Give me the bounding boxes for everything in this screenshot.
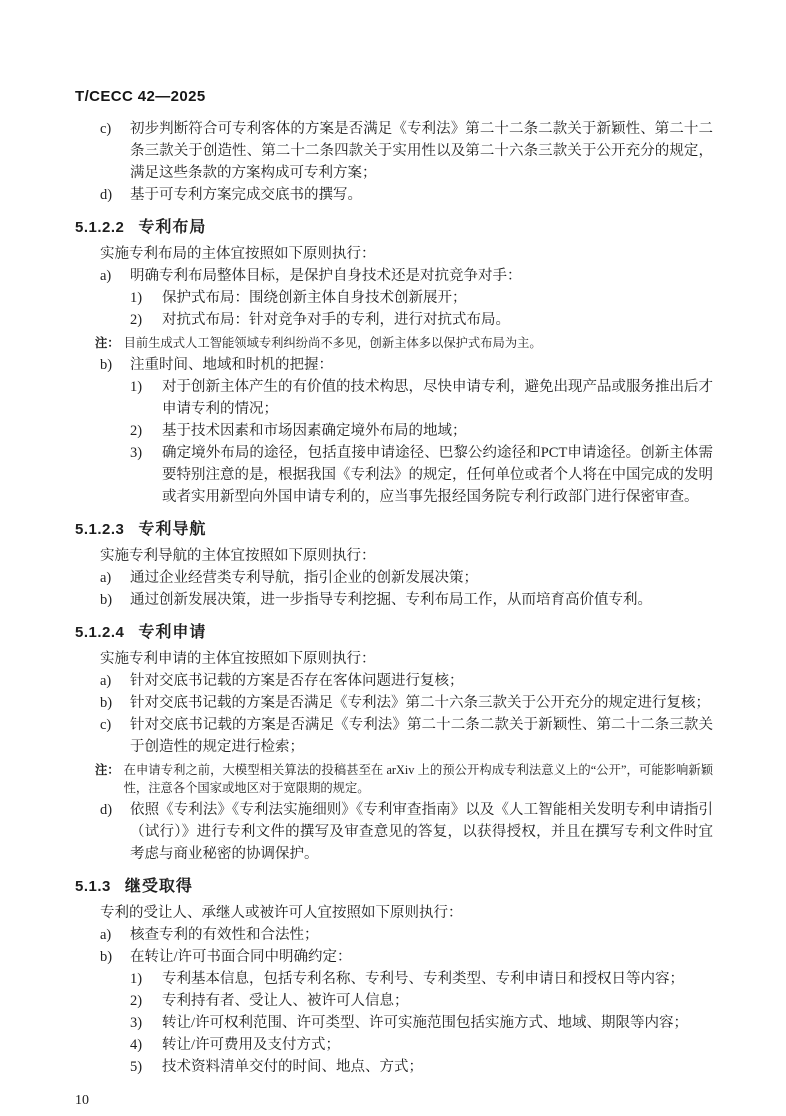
- clause-text: 依照《专利法》《专利法实施细则》《专利审查指南》以及《人工智能相关发明专利申请指…: [130, 799, 713, 865]
- clause-label: b): [100, 354, 130, 376]
- note-text: 目前生成式人工智能领域专利纠纷尚不多见，创新主体多以保护式布局为主。: [124, 334, 713, 352]
- sub-clause-item: 3) 确定境外布局的途径，包括直接申请途径、巴黎公约途径和PCT申请途径。创新主…: [75, 442, 713, 508]
- sub-clause-text: 保护式布局：围绕创新主体自身技术创新展开；: [162, 287, 713, 309]
- clause-text: 针对交底书记载的方案是否满足《专利法》第二十二条二款关于新颖性、第二十二条三款关…: [130, 714, 713, 758]
- sub-clause-label: 4): [130, 1034, 162, 1056]
- sub-clause-text: 基于技术因素和市场因素确定境外布局的地域；: [162, 420, 713, 442]
- sub-clause-label: 2): [130, 420, 162, 442]
- note: 注： 在申请专利之前，大模型相关算法的投稿甚至在 arXiv 上的预公开构成专利…: [75, 761, 713, 797]
- section-title: 专利导航: [138, 516, 206, 539]
- clause-item: a) 通过企业经营类专利导航，指引企业的创新发展决策；: [75, 567, 713, 589]
- clause-text: 通过企业经营类专利导航，指引企业的创新发展决策；: [130, 567, 713, 589]
- clause-text: 初步判断符合可专利客体的方案是否满足《专利法》第二十二条二款关于新颖性、第二十二…: [130, 118, 713, 184]
- clause-label: c): [100, 714, 130, 758]
- clause-item: c) 针对交底书记载的方案是否满足《专利法》第二十二条二款关于新颖性、第二十二条…: [75, 714, 713, 758]
- sub-clause-text: 对抗式布局：针对竞争对手的专利，进行对抗式布局。: [162, 309, 713, 331]
- sub-clause-label: 1): [130, 376, 162, 420]
- section-heading: 5.1.2.2 专利布局: [75, 214, 713, 237]
- page-number: 10: [75, 1092, 713, 1110]
- sub-clause-item: 4) 转让/许可费用及支付方式；: [75, 1034, 713, 1056]
- section-title: 专利布局: [138, 214, 206, 237]
- standard-number-header: T/CECC 42—2025: [75, 88, 713, 106]
- paragraph: 实施专利布局的主体宜按照如下原则执行：: [75, 243, 713, 265]
- clause-item: b) 通过创新发展决策，进一步指导专利挖掘、专利布局工作，从而培育高价值专利。: [75, 589, 713, 611]
- clause-text: 明确专利布局整体目标，是保护自身技术还是对抗竞争对手：: [130, 265, 713, 287]
- clause-label: b): [100, 946, 130, 968]
- section-number: 5.1.2.3: [75, 521, 124, 538]
- sub-clause-label: 1): [130, 287, 162, 309]
- section-heading: 5.1.2.3 专利导航: [75, 516, 713, 539]
- clause-item: d) 基于可专利方案完成交底书的撰写。: [75, 184, 713, 206]
- sub-clause-item: 2) 基于技术因素和市场因素确定境外布局的地域；: [75, 420, 713, 442]
- clause-item: a) 明确专利布局整体目标，是保护自身技术还是对抗竞争对手：: [75, 265, 713, 287]
- clause-label: a): [100, 567, 130, 589]
- clause-label: a): [100, 265, 130, 287]
- note-text: 在申请专利之前，大模型相关算法的投稿甚至在 arXiv 上的预公开构成专利法意义…: [124, 761, 713, 797]
- clause-label: a): [100, 670, 130, 692]
- clause-text: 基于可专利方案完成交底书的撰写。: [130, 184, 713, 206]
- paragraph: 实施专利申请的主体宜按照如下原则执行：: [75, 648, 713, 670]
- note: 注： 目前生成式人工智能领域专利纠纷尚不多见，创新主体多以保护式布局为主。: [75, 334, 713, 352]
- sub-clause-item: 1) 对于创新主体产生的有价值的技术构思，尽快申请专利，避免出现产品或服务推出后…: [75, 376, 713, 420]
- clause-text: 注重时间、地域和时机的把握：: [130, 354, 713, 376]
- section-number: 5.1.3: [75, 878, 111, 895]
- note-label: 注：: [95, 334, 120, 352]
- sub-clause-text: 技术资料清单交付的时间、地点、方式；: [162, 1056, 713, 1078]
- sub-clause-label: 3): [130, 1012, 162, 1034]
- clause-label: b): [100, 589, 130, 611]
- clause-text: 通过创新发展决策，进一步指导专利挖掘、专利布局工作，从而培育高价值专利。: [130, 589, 713, 611]
- sub-clause-item: 3) 转让/许可权利范围、许可类型、许可实施范围包括实施方式、地域、期限等内容；: [75, 1012, 713, 1034]
- document-page: T/CECC 42—2025 c) 初步判断符合可专利客体的方案是否满足《专利法…: [0, 0, 786, 1116]
- clause-text: 针对交底书记载的方案是否存在客体问题进行复核；: [130, 670, 713, 692]
- clause-text: 针对交底书记载的方案是否满足《专利法》第二十六条三款关于公开充分的规定进行复核；: [130, 692, 713, 714]
- sub-clause-item: 2) 专利持有者、受让人、被许可人信息；: [75, 990, 713, 1012]
- clause-item: b) 在转让/许可书面合同中明确约定：: [75, 946, 713, 968]
- clause-label: d): [100, 184, 130, 206]
- sub-clause-text: 专利基本信息，包括专利名称、专利号、专利类型、专利申请日和授权日等内容；: [162, 968, 713, 990]
- section-number: 5.1.2.4: [75, 624, 124, 641]
- sub-clause-label: 2): [130, 309, 162, 331]
- sub-clause-item: 1) 专利基本信息，包括专利名称、专利号、专利类型、专利申请日和授权日等内容；: [75, 968, 713, 990]
- clause-item: b) 注重时间、地域和时机的把握：: [75, 354, 713, 376]
- sub-clause-label: 1): [130, 968, 162, 990]
- clause-label: c): [100, 118, 130, 184]
- sub-clause-item: 5) 技术资料清单交付的时间、地点、方式；: [75, 1056, 713, 1078]
- clause-text: 在转让/许可书面合同中明确约定：: [130, 946, 713, 968]
- sub-clause-item: 2) 对抗式布局：针对竞争对手的专利，进行对抗式布局。: [75, 309, 713, 331]
- clause-item: d) 依照《专利法》《专利法实施细则》《专利审查指南》以及《人工智能相关发明专利…: [75, 799, 713, 865]
- note-label: 注：: [95, 761, 120, 797]
- clause-text: 核查专利的有效性和合法性；: [130, 924, 713, 946]
- sub-clause-text: 确定境外布局的途径，包括直接申请途径、巴黎公约途径和PCT申请途径。创新主体需要…: [162, 442, 713, 508]
- sub-clause-label: 2): [130, 990, 162, 1012]
- clause-item: b) 针对交底书记载的方案是否满足《专利法》第二十六条三款关于公开充分的规定进行…: [75, 692, 713, 714]
- sub-clause-label: 3): [130, 442, 162, 508]
- paragraph: 专利的受让人、承继人或被许可人宜按照如下原则执行：: [75, 902, 713, 924]
- sub-clause-item: 1) 保护式布局：围绕创新主体自身技术创新展开；: [75, 287, 713, 309]
- clause-item: a) 核查专利的有效性和合法性；: [75, 924, 713, 946]
- sub-clause-text: 对于创新主体产生的有价值的技术构思，尽快申请专利，避免出现产品或服务推出后才申请…: [162, 376, 713, 420]
- sub-clause-text: 转让/许可费用及支付方式；: [162, 1034, 713, 1056]
- section-number: 5.1.2.2: [75, 219, 124, 236]
- clause-item: a) 针对交底书记载的方案是否存在客体问题进行复核；: [75, 670, 713, 692]
- sub-clause-text: 转让/许可权利范围、许可类型、许可实施范围包括实施方式、地域、期限等内容；: [162, 1012, 713, 1034]
- page-content: T/CECC 42—2025 c) 初步判断符合可专利客体的方案是否满足《专利法…: [75, 88, 713, 1110]
- clause-label: d): [100, 799, 130, 865]
- clause-label: b): [100, 692, 130, 714]
- section-heading: 5.1.2.4 专利申请: [75, 619, 713, 642]
- section-title: 专利申请: [138, 619, 206, 642]
- paragraph: 实施专利导航的主体宜按照如下原则执行：: [75, 545, 713, 567]
- clause-label: a): [100, 924, 130, 946]
- section-heading: 5.1.3 继受取得: [75, 873, 713, 896]
- sub-clause-text: 专利持有者、受让人、被许可人信息；: [162, 990, 713, 1012]
- section-title: 继受取得: [125, 873, 193, 896]
- sub-clause-label: 5): [130, 1056, 162, 1078]
- clause-item: c) 初步判断符合可专利客体的方案是否满足《专利法》第二十二条二款关于新颖性、第…: [75, 118, 713, 184]
